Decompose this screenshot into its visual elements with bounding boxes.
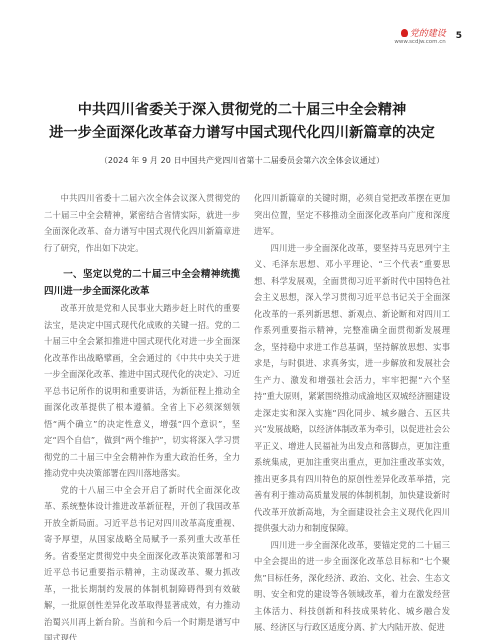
party-emblem-icon <box>401 29 408 37</box>
body-paragraph: 四川进一步全面深化改革，要坚持马克思列宁主义、毛泽东思想、邓小平理论、“三个代表… <box>254 240 450 537</box>
right-column: 化四川新篇章的关键时期，必须自觉把改革摆在更加突出位置，坚定不移推动全面深化改革… <box>254 190 450 636</box>
body-paragraph: 改革开放是党和人民事业大踏步赶上时代的重要法宝，是决定中国式现代化成败的关键一招… <box>44 300 240 482</box>
title-line-1: 中共四川省委关于深入贯彻党的二十届三中全会精神 <box>0 99 484 122</box>
body-paragraph: 党的十八届三中全会开启了新时代全面深化改革、系统整体设计推进改革新征程，开创了我… <box>44 482 240 640</box>
page-header: 党的建设 www.scdjw.com.cn 5 <box>394 26 462 46</box>
body-paragraph: 四川进一步全面深化改革，要锚定党的二十届三中全会提出的进一步全面深化改革总目标和… <box>254 537 450 636</box>
section-1-heading: 一、坚定以党的二十届三中全会精神统揽四川进一步全面深化改革 <box>44 266 240 300</box>
page-number: 5 <box>456 31 462 41</box>
article-title: 中共四川省委关于深入贯彻党的二十届三中全会精神 进一步全面深化改革奋力谱写中国式… <box>0 99 484 145</box>
left-column: 中共四川省委十二届六次全体会议深入贯彻党的二十届三中全会精神，紧密结合省情实际，… <box>44 190 240 640</box>
title-line-2: 进一步全面深化改革奋力谱写中国式现代化四川新篇章的决定 <box>0 122 484 145</box>
logo-name: 党的建设 <box>410 26 446 39</box>
magazine-logo: 党的建设 www.scdjw.com.cn <box>394 26 445 46</box>
article-subtitle: （2024 年 9 月 20 日中国共产党四川省第十二届委员会第六次全体会议通过… <box>0 155 484 166</box>
body-paragraph-continued: 化四川新篇章的关键时期，必须自觉把改革摆在更加突出位置，坚定不移推动全面深化改革… <box>254 190 450 240</box>
intro-paragraph: 中共四川省委十二届六次全体会议深入贯彻党的二十届三中全会精神，紧密结合省情实际，… <box>44 190 240 256</box>
logo-url: www.scdjw.com.cn <box>394 39 445 46</box>
